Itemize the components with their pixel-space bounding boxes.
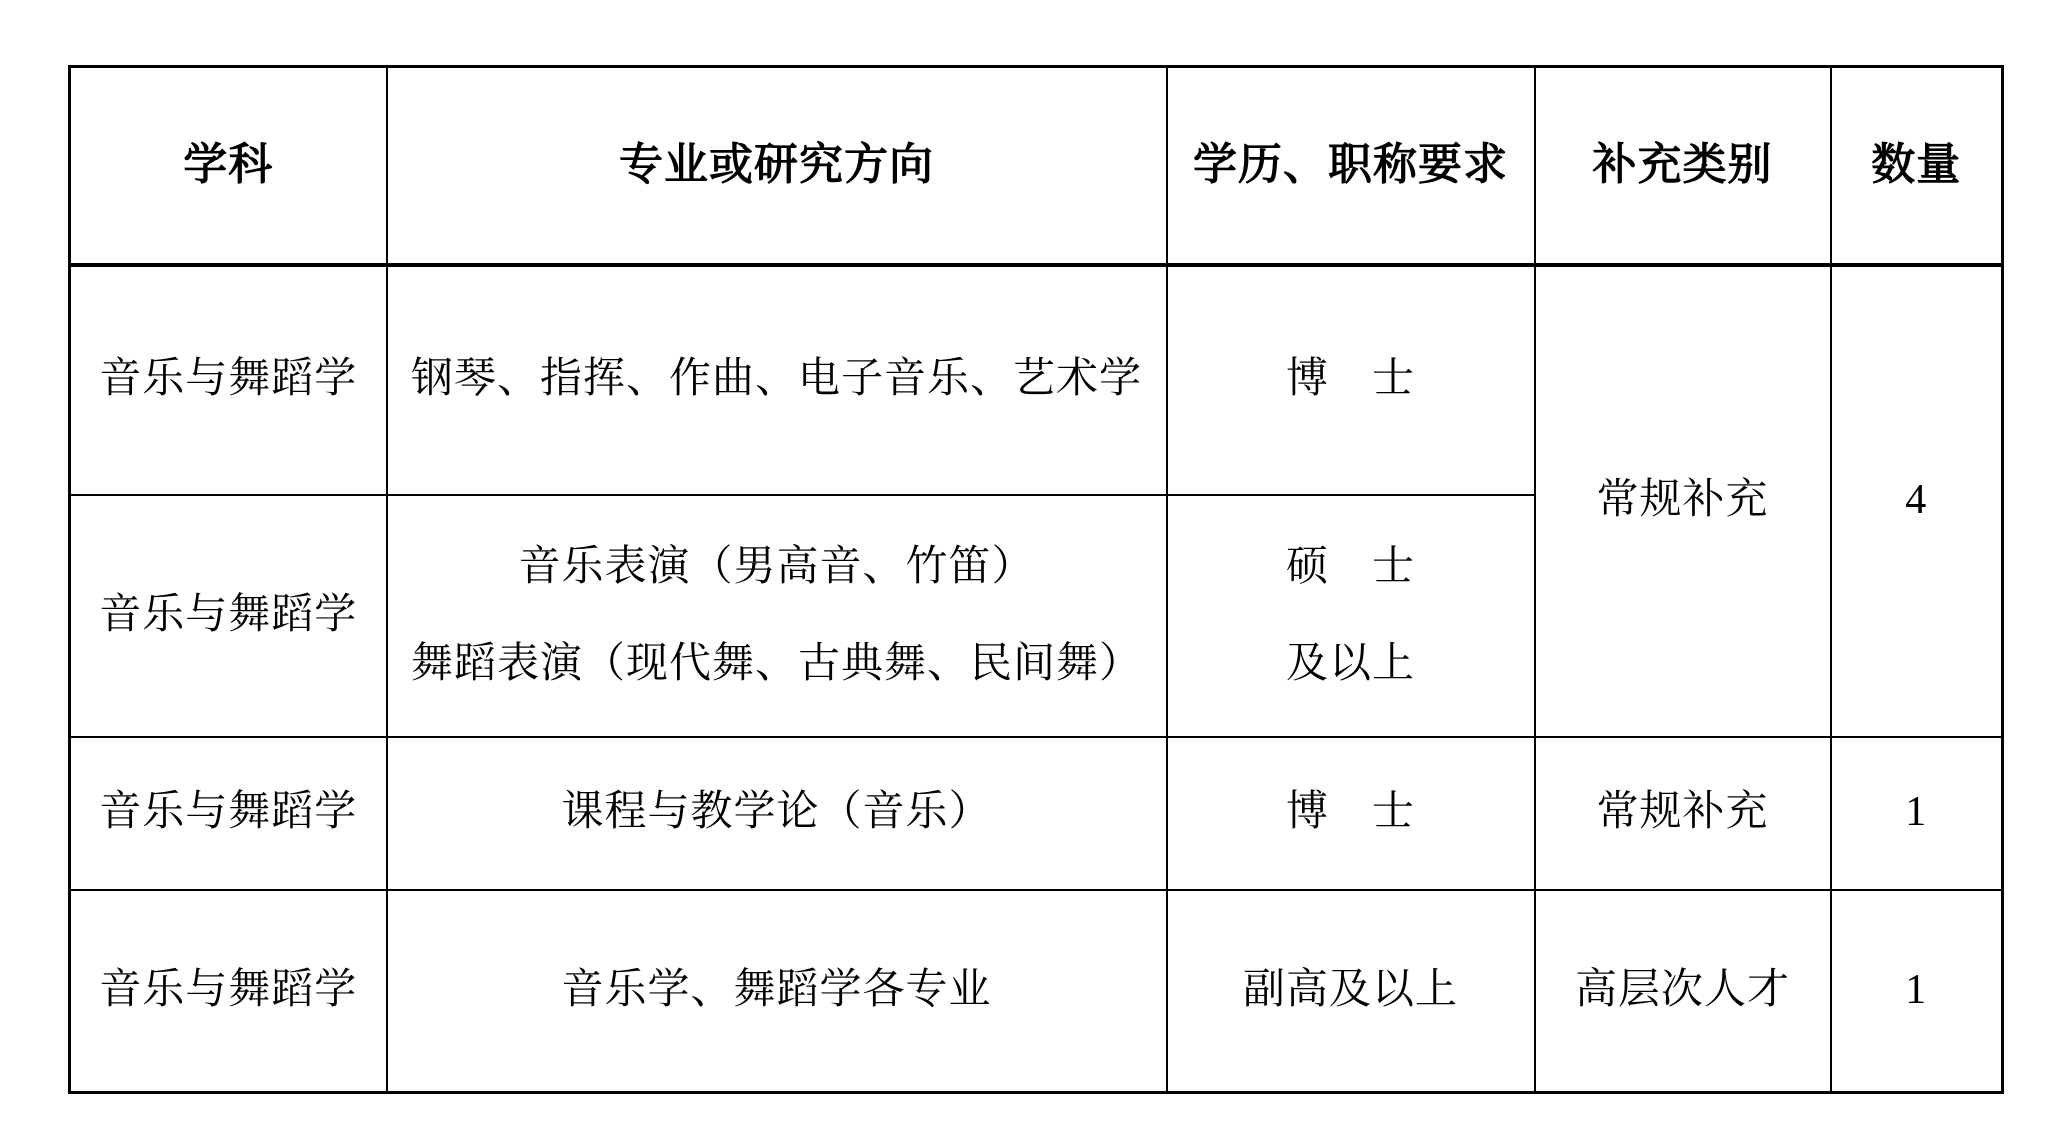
table-header-row: 学科 专业或研究方向 学历、职称要求 补充类别 数量	[70, 67, 2003, 265]
cell-degree: 博 士	[1167, 737, 1535, 890]
cell-major: 钢琴、指挥、作曲、电子音乐、艺术学	[387, 265, 1167, 495]
recruitment-table: 学科 专业或研究方向 学历、职称要求 补充类别 数量 音乐与舞蹈学 钢琴、指挥、…	[68, 65, 2004, 1094]
header-degree: 学历、职称要求	[1167, 67, 1535, 265]
cell-subject: 音乐与舞蹈学	[70, 265, 387, 495]
header-major: 专业或研究方向	[387, 67, 1167, 265]
cell-degree: 副高及以上	[1167, 890, 1535, 1093]
header-category: 补充类别	[1535, 67, 1831, 265]
cell-degree: 博 士	[1167, 265, 1535, 495]
cell-subject: 音乐与舞蹈学	[70, 890, 387, 1093]
cell-category: 高层次人才	[1535, 890, 1831, 1093]
cell-quantity: 1	[1831, 890, 2003, 1093]
cell-category-merged: 常规补充	[1535, 265, 1831, 737]
cell-category: 常规补充	[1535, 737, 1831, 890]
table-row: 音乐与舞蹈学 音乐学、舞蹈学各专业 副高及以上 高层次人才 1	[70, 890, 2003, 1093]
cell-quantity-merged: 4	[1831, 265, 2003, 737]
table-row: 音乐与舞蹈学 课程与教学论（音乐） 博 士 常规补充 1	[70, 737, 2003, 890]
cell-major: 课程与教学论（音乐）	[387, 737, 1167, 890]
document-page: 学科 专业或研究方向 学历、职称要求 补充类别 数量 音乐与舞蹈学 钢琴、指挥、…	[0, 0, 2048, 1136]
cell-subject: 音乐与舞蹈学	[70, 495, 387, 737]
cell-major-line-1: 音乐表演（男高音、竹笛）	[394, 519, 1160, 616]
cell-degree-line-2: 及以上	[1174, 616, 1528, 713]
cell-major-line-2: 舞蹈表演（现代舞、古典舞、民间舞）	[394, 616, 1160, 713]
cell-quantity: 1	[1831, 737, 2003, 890]
cell-major: 音乐学、舞蹈学各专业	[387, 890, 1167, 1093]
cell-subject: 音乐与舞蹈学	[70, 737, 387, 890]
cell-degree: 硕 士 及以上	[1167, 495, 1535, 737]
cell-major: 音乐表演（男高音、竹笛） 舞蹈表演（现代舞、古典舞、民间舞）	[387, 495, 1167, 737]
table-row: 音乐与舞蹈学 钢琴、指挥、作曲、电子音乐、艺术学 博 士 常规补充 4	[70, 265, 2003, 495]
cell-degree-line-1: 硕 士	[1174, 519, 1528, 616]
header-subject: 学科	[70, 67, 387, 265]
header-quantity: 数量	[1831, 67, 2003, 265]
